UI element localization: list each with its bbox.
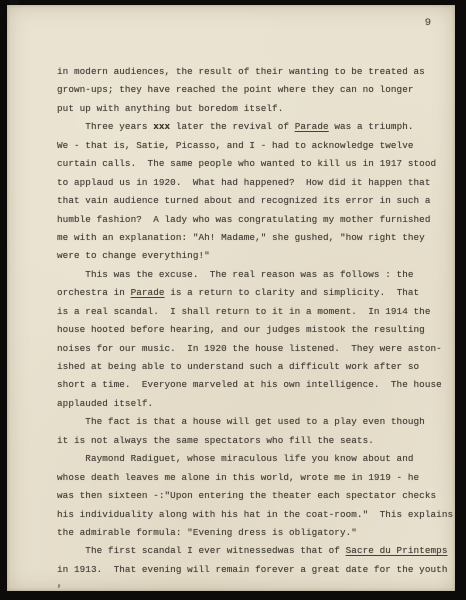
typed-line: Raymond Radiguet, whose miraculous life … (57, 453, 449, 471)
typed-text: applauded itself. (57, 398, 153, 409)
typed-text: Three years (57, 121, 153, 132)
typed-text: that vain audience turned about and reco… (57, 195, 431, 206)
typed-text: curtain calls. The same people who wante… (57, 158, 436, 169)
typescript-page: 9 in modern audiences, the result of the… (7, 5, 455, 591)
typed-line: The fact is that a house will get used t… (57, 416, 449, 434)
typed-line: in modern audiences, the result of their… (57, 66, 449, 84)
typed-text: later the revival of (170, 121, 295, 132)
typed-line: is a real scandal. I shall return to it … (57, 306, 449, 324)
underlined-title-text: Sacre du Printemps (346, 545, 448, 556)
typed-line: grown-ups; they have reached the point w… (57, 84, 449, 102)
typed-line: were to change everything!" (57, 250, 449, 268)
typed-line: We - that is, Satie, Picasso, and I - ha… (57, 140, 449, 158)
typed-text: We - that is, Satie, Picasso, and I - ha… (57, 140, 414, 151)
typed-line: short a time. Everyone marveled at his o… (57, 379, 449, 397)
typed-text: The fact is that a house will get used t… (57, 416, 425, 427)
typed-line: The first scandal I ever witnessedwas th… (57, 545, 449, 563)
typed-line: put up with anything but boredom itself. (57, 103, 449, 121)
underlined-title-text: Parade (131, 287, 165, 298)
typed-line: This was the excuse. The real reason was… (57, 269, 449, 287)
typed-text: me with an explanation: "Ah! Madame," sh… (57, 232, 425, 243)
typed-text: is a real scandal. I shall return to it … (57, 306, 431, 317)
typed-text: in 1913. That evening will remain foreve… (57, 564, 447, 575)
typed-text: grown-ups; they have reached the point w… (57, 84, 414, 95)
typed-text: was then sixteen -:"Upon entering the th… (57, 490, 436, 501)
typed-line: applauded itself. (57, 398, 449, 416)
typed-text: short a time. Everyone marveled at his o… (57, 379, 442, 390)
typed-text: humble fashion? A lady who was congratul… (57, 214, 431, 225)
typed-line: it is not always the same spectators who… (57, 435, 449, 453)
underlined-title-text: Parade (295, 121, 329, 132)
typed-lines: in modern audiences, the result of their… (57, 66, 449, 582)
typed-line: house hooted before hearing, and our jud… (57, 324, 449, 342)
typed-text: house hooted before hearing, and our jud… (57, 324, 425, 335)
typed-text: orchestra in (57, 287, 131, 298)
typed-line: that vain audience turned about and reco… (57, 195, 449, 213)
typed-line: noises for our music. In 1920 the house … (57, 343, 449, 361)
typed-text: the admirable formula: "Evening dress is… (57, 527, 357, 538)
typed-text: was a triumph. (329, 121, 414, 132)
photo-frame: 9 in modern audiences, the result of the… (0, 0, 466, 600)
typed-text: in modern audiences, the result of their… (57, 66, 425, 77)
typed-line: me with an explanation: "Ah! Madame," sh… (57, 232, 449, 250)
typed-line: to applaud us in 1920. What had happened… (57, 177, 449, 195)
typed-line: humble fashion? A lady who was congratul… (57, 214, 449, 232)
typed-line: Three years xxx later the revival of Par… (57, 121, 449, 139)
typed-line: whose death leaves me alone in this worl… (57, 472, 449, 490)
typed-line: in 1913. That evening will remain foreve… (57, 564, 449, 582)
typed-line: his individuality along with his hat in … (57, 509, 449, 527)
typed-text: his individuality along with his hat in … (57, 509, 453, 520)
typed-text: to applaud us in 1920. What had happened… (57, 177, 431, 188)
typed-text: it is not always the same spectators who… (57, 435, 374, 446)
typed-line: curtain calls. The same people who wante… (57, 158, 449, 176)
typed-text: noises for our music. In 1920 the house … (57, 343, 442, 354)
typed-text: The first scandal I ever witnessedwas th… (57, 545, 346, 556)
typed-text: were to change everything!" (57, 250, 210, 261)
typed-line: orchestra in Parade is a return to clari… (57, 287, 449, 305)
paper-speck (58, 584, 61, 588)
typed-line: the admirable formula: "Evening dress is… (57, 527, 449, 545)
typed-text: This was the excuse. The real reason was… (57, 269, 414, 280)
typed-text: Raymond Radiguet, whose miraculous life … (57, 453, 414, 464)
frame-notch (10, 0, 19, 5)
typed-text: put up with anything but boredom itself. (57, 103, 283, 114)
typed-text: is a return to clarity and simplicity. T… (165, 287, 420, 298)
struck-over-text: xxx (153, 121, 170, 132)
typed-line: ished at being able to understand such a… (57, 361, 449, 379)
typed-text: whose death leaves me alone in this worl… (57, 472, 419, 483)
typed-line: was then sixteen -:"Upon entering the th… (57, 490, 449, 508)
typed-text: ished at being able to understand such a… (57, 361, 419, 372)
page-number: 9 (425, 17, 431, 29)
